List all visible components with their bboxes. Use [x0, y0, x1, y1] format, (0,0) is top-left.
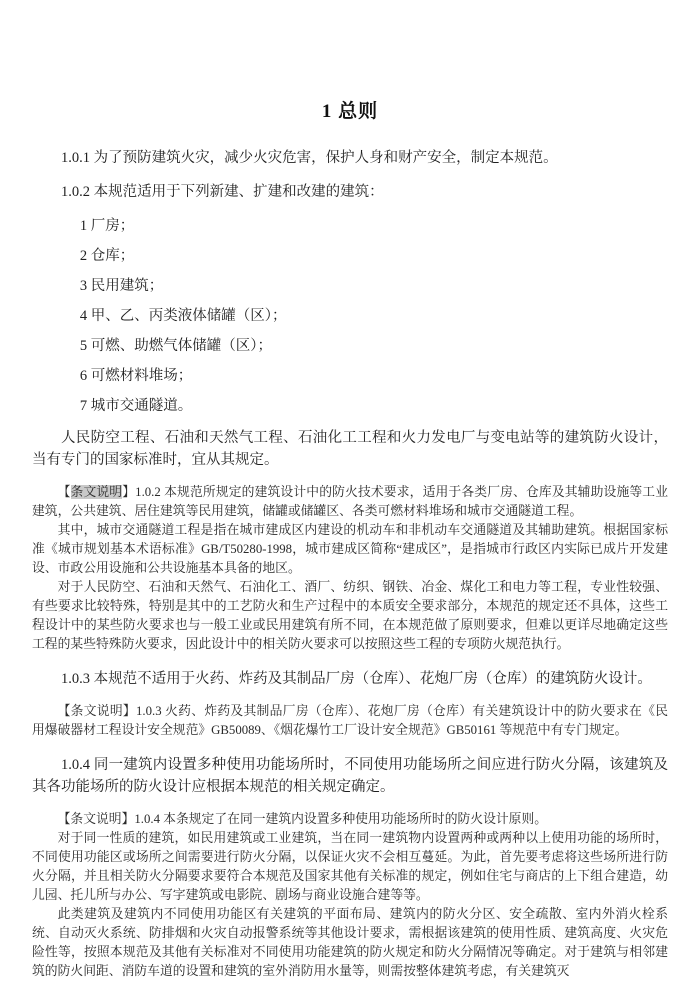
note-1-0-2-p2: 其中，城市交通隧道工程是指在城市建成区内建设的机动车和非机动车交通隧道及其辅助建… [32, 521, 668, 578]
note-1-0-3-p1: 【条文说明】1.0.3 火药、炸药及其制品厂房（仓库）、花炮厂房（仓库）有关建筑… [32, 702, 668, 740]
clause-1-0-1: 1.0.1 为了预防建筑火灾，减少火灾危害，保护人身和财产安全，制定本规范。 [32, 147, 668, 169]
clause-1-0-2: 1.0.2 本规范适用于下列新建、扩建和改建的建筑： [32, 181, 668, 203]
note-bracket-close: 】 [122, 485, 135, 499]
clause-1-0-3: 1.0.3 本规范不适用于火药、炸药及其制品厂房（仓库）、花炮厂房（仓库）的建筑… [32, 668, 668, 690]
clause-1-0-2-item-4: 4 甲、乙、丙类液体储罐（区）； [32, 305, 668, 327]
note-1-0-4: 【条文说明】1.0.4 本条规定了在同一建筑内设置多种使用功能场所时的防火设计原… [32, 810, 668, 981]
note-1-0-3: 【条文说明】1.0.3 火药、炸药及其制品厂房（仓库）、花炮厂房（仓库）有关建筑… [32, 702, 668, 740]
clause-1-0-2-item-2: 2 仓库； [32, 245, 668, 267]
page-title: 1 总则 [32, 96, 668, 123]
clause-1-0-2-tail: 人民防空工程、石油和天然气工程、石油化工工程和火力发电厂与变电站等的建筑防火设计… [32, 427, 668, 471]
document-page: 1 总则 1.0.1 为了预防建筑火灾，减少火灾危害，保护人身和财产安全，制定本… [0, 0, 700, 990]
note-1-0-4-p2: 对于同一性质的建筑，如民用建筑或工业建筑，当在同一建筑物内设置两种或两种以上使用… [32, 829, 668, 905]
note-bracket-open: 【 [58, 485, 71, 499]
note-label-highlighted: 条文说明 [71, 485, 123, 499]
clause-1-0-2-item-7: 7 城市交通隧道。 [32, 395, 668, 417]
clause-1-0-2-item-6: 6 可燃材料堆场； [32, 365, 668, 387]
clause-1-0-2-item-3: 3 民用建筑； [32, 275, 668, 297]
note-1-0-4-p3: 此类建筑及建筑内不同使用功能区有关建筑的平面布局、建筑内的防火分区、安全疏散、室… [32, 905, 668, 981]
clause-1-0-4: 1.0.4 同一建筑内设置多种使用功能场所时，不同使用功能场所之间应进行防火分隔… [32, 754, 668, 798]
note-1-0-2: 【条文说明】1.0.2 本规范所规定的建筑设计中的防火技术要求，适用于各类厂房、… [32, 483, 668, 654]
note-1-0-4-p1: 【条文说明】1.0.4 本条规定了在同一建筑内设置多种使用功能场所时的防火设计原… [32, 810, 668, 829]
note-1-0-2-p3: 对于人民防空、石油和天然气、石油化工、酒厂、纺织、钢铁、冶金、煤化工和电力等工程… [32, 578, 668, 654]
clause-1-0-2-item-1: 1 厂房； [32, 215, 668, 237]
note-1-0-2-p1: 【条文说明】1.0.2 本规范所规定的建筑设计中的防火技术要求，适用于各类厂房、… [32, 483, 668, 521]
clause-1-0-2-item-5: 5 可燃、助燃气体储罐（区）； [32, 335, 668, 357]
